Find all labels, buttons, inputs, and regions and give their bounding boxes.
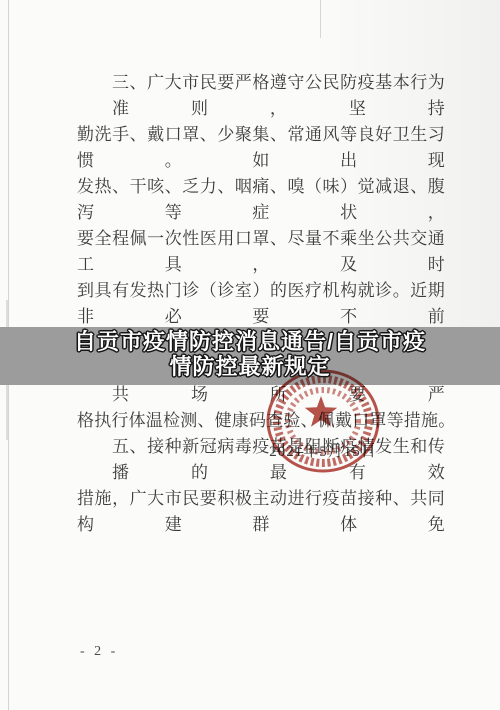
official-seal-icon xyxy=(263,366,385,478)
watermark-title-line2: 情防控最新规定 xyxy=(0,354,500,379)
page-number: - 2 - xyxy=(80,644,118,660)
text-line: 要全程佩一次性医用口罩、尽量不乘坐公共交通工具，及时 xyxy=(77,226,445,278)
text-line: 格执行体温检测、健康码查验、佩戴口罩等措施。 xyxy=(77,408,445,434)
text-line: 到具有发热门诊（诊室）的医疗机构就诊。近期非必要不前 xyxy=(77,278,445,330)
body-text: 三、广大市民要严格遵守公民防疫基本行为准则，坚持 勤洗手、戴口罩、少聚集、常通风… xyxy=(77,70,445,538)
watermark-title: 自贡市疫情防控消息通告/自贡市疫 情防控最新规定 xyxy=(0,329,500,379)
text-line: 三、广大市民要严格遵守公民防疫基本行为准则，坚持 xyxy=(77,70,445,122)
text-line: 发热、干咳、乏力、咽痛、嗅（味）觉减退、腹泻等症状， xyxy=(77,174,445,226)
text-line: 勤洗手、戴口罩、少聚集、常通风等良好卫生习惯。如出现 xyxy=(77,122,445,174)
star-icon xyxy=(305,396,337,427)
scanned-document-page: 三、广大市民要严格遵守公民防疫基本行为准则，坚持 勤洗手、戴口罩、少聚集、常通风… xyxy=(0,0,500,710)
watermark-title-line1: 自贡市疫情防控消息通告/自贡市疫 xyxy=(0,329,500,354)
text-line: 措施，广大市民要积极主动进行疫苗接种、共同构建群体免 xyxy=(77,486,445,538)
